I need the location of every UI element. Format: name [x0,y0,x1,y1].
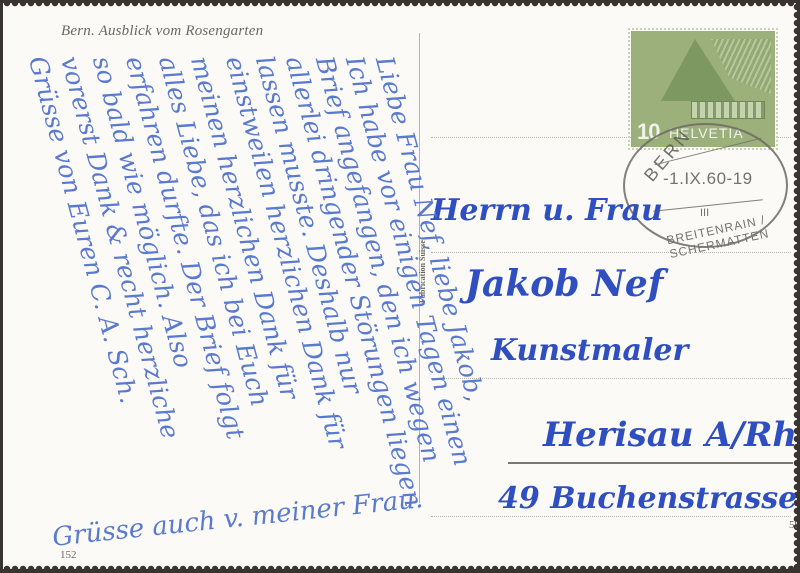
deckle-edge-bottom [3,563,800,569]
deckle-edge-top [3,3,800,9]
postmark-office: III [700,207,709,219]
card-number-left: 152 [60,549,77,561]
postmark: BERN -1.IX.60-19 III BREITENRAIN / SCHER… [623,123,788,248]
postcard: Bern. Ausblick vom Rosengarten Fabricati… [0,0,800,573]
address-recipient-name: Jakob Nef [465,263,663,305]
address-recipient-title: Herrn u. Frau [431,193,663,228]
postmark-district: BREITENRAIN / SCHERMATTEN [665,209,787,261]
address-line-5-rule [431,516,791,517]
postmark-date: -1.IX.60-19 [663,169,753,189]
card-number-right: 59 [789,519,800,531]
address-street: 49 Buchenstrasse [498,481,797,516]
address-profession: Kunstmaler [491,333,688,368]
printed-caption: Bern. Ausblick vom Rosengarten [61,23,263,40]
address-city: Herisau A/Rh [543,415,797,455]
train-icon [691,101,765,119]
message-footer: Grüsse auch v. meiner Frau. [51,484,425,553]
address-line-2-rule [431,252,791,253]
address-line-4-rule [508,462,793,464]
